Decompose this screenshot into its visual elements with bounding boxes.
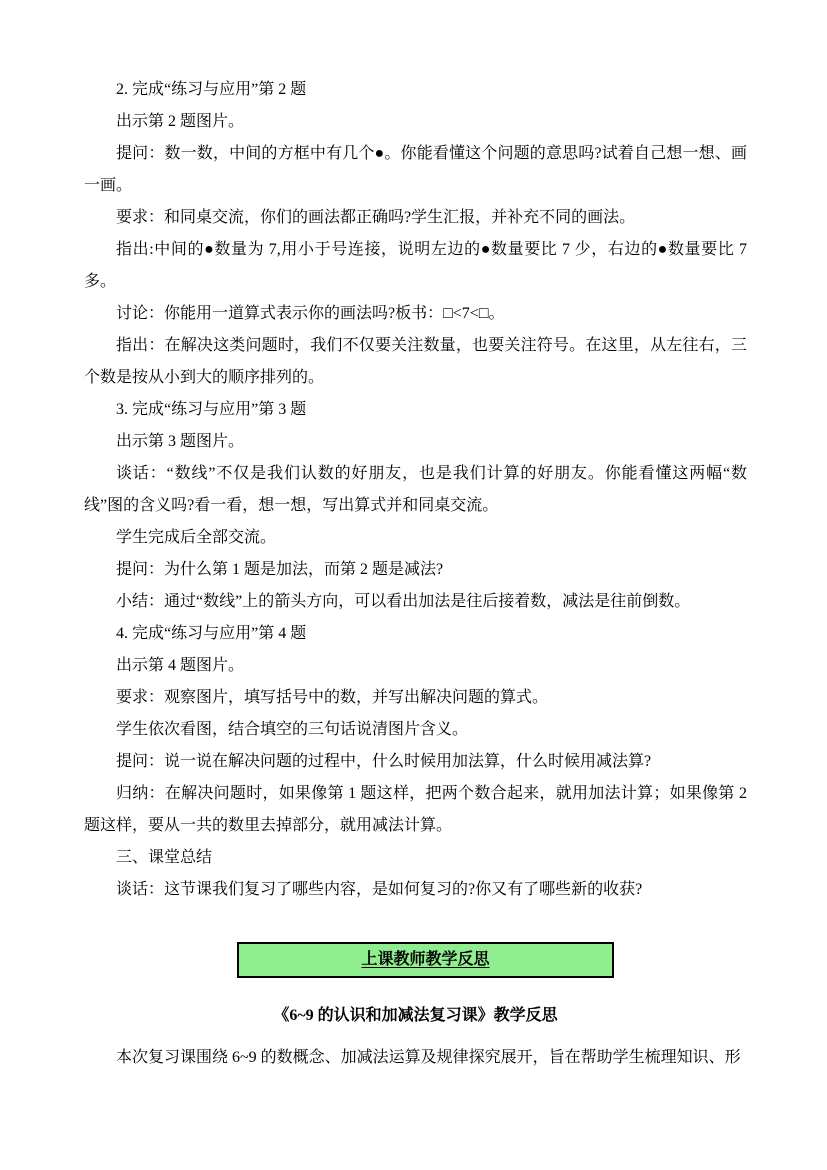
body-paragraphs: 2. 完成“练习与应用”第 2 题出示第 2 题图片。提问：数一数，中间的方框中… bbox=[84, 74, 747, 906]
reflection-title: 《6~9 的认识和加减法复习课》教学反思 bbox=[84, 1000, 747, 1032]
reflection-header-label: 上课教师教学反思 bbox=[361, 952, 489, 968]
body-paragraph: 提问：数一数，中间的方框中有几个●。你能看懂这个问题的意思吗?试着自己想一想、画… bbox=[84, 138, 747, 202]
body-paragraph: 谈话：“数线”不仅是我们认数的好朋友，也是我们计算的好朋友。你能看懂这两幅“数线… bbox=[84, 458, 747, 522]
body-paragraph: 讨论：你能用一道算式表示你的画法吗?板书：□<7<□。 bbox=[84, 298, 747, 330]
body-paragraph: 提问：为什么第 1 题是加法，而第 2 题是减法? bbox=[84, 554, 747, 586]
body-paragraph: 3. 完成“练习与应用”第 3 题 bbox=[84, 394, 747, 426]
body-paragraph: 三、课堂总结 bbox=[84, 842, 747, 874]
body-paragraph: 要求：和同桌交流，你们的画法都正确吗?学生汇报，并补充不同的画法。 bbox=[84, 202, 747, 234]
body-paragraph: 出示第 2 题图片。 bbox=[84, 106, 747, 138]
body-paragraph: 指出:中间的●数量为 7,用小于号连接，说明左边的●数量要比 7 少，右边的●数… bbox=[84, 234, 747, 298]
body-paragraph: 2. 完成“练习与应用”第 2 题 bbox=[84, 74, 747, 106]
body-paragraph: 提问：说一说在解决问题的过程中，什么时候用加法算，什么时候用减法算? bbox=[84, 746, 747, 778]
body-paragraph: 4. 完成“练习与应用”第 4 题 bbox=[84, 618, 747, 650]
reflection-header-box: 上课教师教学反思 bbox=[237, 942, 614, 978]
body-paragraph: 学生完成后全部交流。 bbox=[84, 522, 747, 554]
document-page: 2. 完成“练习与应用”第 2 题出示第 2 题图片。提问：数一数，中间的方框中… bbox=[0, 0, 827, 1170]
body-paragraph: 出示第 4 题图片。 bbox=[84, 650, 747, 682]
body-paragraph: 要求：观察图片，填写括号中的数，并写出解决问题的算式。 bbox=[84, 682, 747, 714]
body-paragraph: 小结：通过“数线”上的箭头方向，可以看出加法是往后接着数，减法是往前倒数。 bbox=[84, 586, 747, 618]
reflection-paragraph: 本次复习课围绕 6~9 的数概念、加减法运算及规律探究展开，旨在帮助学生梳理知识… bbox=[84, 1042, 747, 1074]
body-paragraph: 出示第 3 题图片。 bbox=[84, 426, 747, 458]
body-paragraph: 学生依次看图，结合填空的三句话说清图片含义。 bbox=[84, 714, 747, 746]
body-paragraph: 谈话：这节课我们复习了哪些内容，是如何复习的?你又有了哪些新的收获? bbox=[84, 874, 747, 906]
body-paragraph: 指出：在解决这类问题时，我们不仅要关注数量，也要关注符号。在这里，从左往右，三个… bbox=[84, 330, 747, 394]
body-paragraph: 归纳：在解决问题时，如果像第 1 题这样，把两个数合起来，就用加法计算；如果像第… bbox=[84, 778, 747, 842]
